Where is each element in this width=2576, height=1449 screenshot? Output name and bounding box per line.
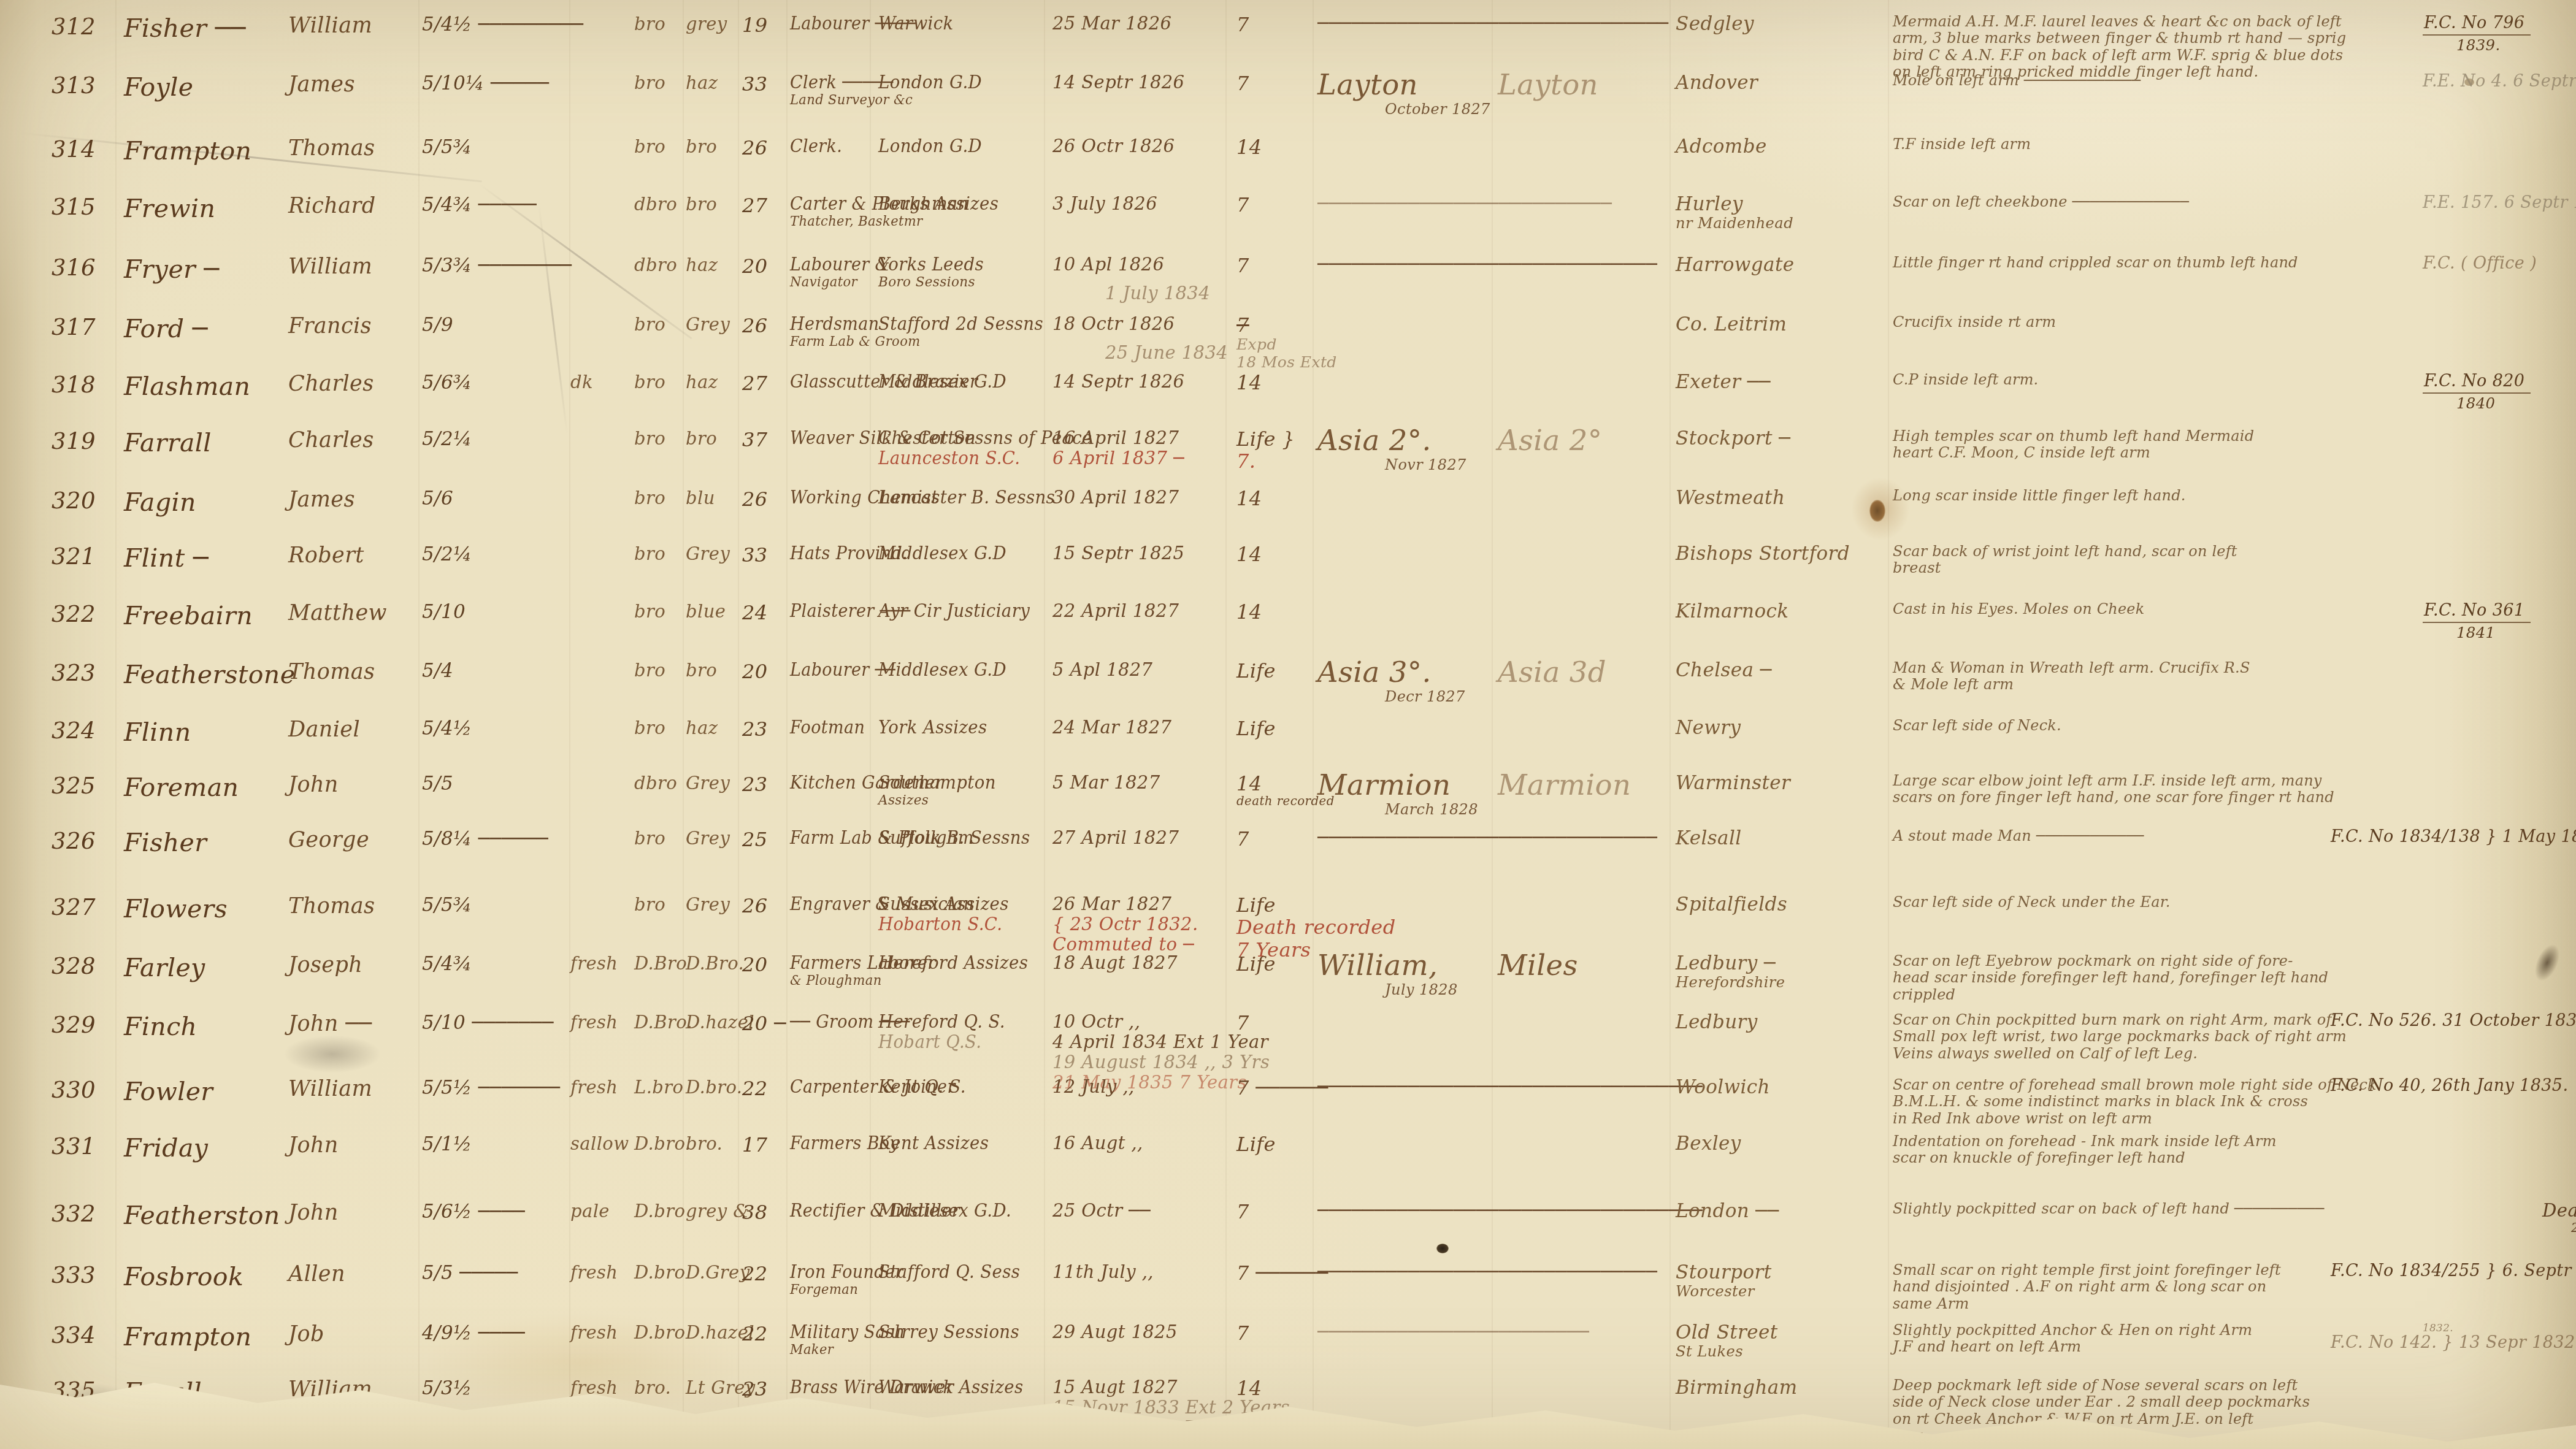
forename: John: [288, 1133, 339, 1158]
trade: Clerk.: [790, 136, 842, 156]
native-place: Kelsall: [1676, 828, 1742, 849]
sentence: Life: [1236, 660, 1276, 682]
hair-colour: dbro: [634, 254, 677, 275]
entry-number: 327: [52, 894, 96, 920]
age: 38: [742, 1201, 768, 1224]
entry-number: 313: [52, 72, 96, 99]
hair-colour: bro: [634, 314, 665, 335]
reference-annotation: F.C. No 526. 31 October 1837.: [2331, 1012, 2576, 1031]
where-convicted: London G.D: [878, 72, 982, 93]
age: 25: [742, 828, 768, 851]
reference-annotation: Dead,28th: [2331, 1201, 2576, 1235]
age: 23: [742, 717, 768, 741]
height: 5/5½ ───────: [422, 1077, 560, 1099]
eye-colour: D.Bro.: [686, 953, 744, 974]
complexion: fresh: [570, 1262, 618, 1283]
marks-remarks: T.F inside left arm: [1893, 136, 2031, 153]
eye-colour: bro: [686, 428, 717, 449]
paper-stain: [1869, 500, 1885, 522]
age: 26: [742, 136, 768, 159]
eye-colour: bro: [686, 660, 717, 681]
sentence: 14: [1236, 543, 1262, 565]
column-rule: [786, 0, 788, 1449]
ship-name: ──────────────────────────────: [1317, 828, 1657, 849]
age: 22: [742, 1262, 768, 1285]
sentence: 7: [1236, 1201, 1249, 1223]
entry-number: 334: [52, 1322, 96, 1348]
eye-colour: Grey: [686, 828, 730, 849]
surname: Foyle: [124, 72, 193, 102]
eye-colour: blue: [686, 601, 726, 622]
native-place: Bexley: [1676, 1133, 1741, 1155]
sentence: Life }7.: [1236, 428, 1295, 473]
complexion: dk: [570, 372, 593, 392]
surname: Foreman: [124, 773, 239, 802]
when-convicted: 18 Octr 182625 June 1834: [1052, 314, 1228, 363]
where-convicted: Middlesex G.D: [878, 372, 1006, 392]
entry-number: 312: [52, 13, 96, 40]
height: 5/10: [422, 601, 466, 623]
column-rule: [1888, 0, 1889, 1449]
column-rule: [1492, 0, 1493, 1449]
where-convicted: Suffolk B. Sessns: [878, 828, 1030, 848]
forename: Job: [288, 1322, 324, 1347]
hair-colour: bro: [634, 428, 665, 449]
native-place: Woolwich: [1676, 1077, 1770, 1098]
age: 33: [742, 543, 768, 567]
ship-name: LaytonOctober 1827: [1317, 72, 1490, 118]
where-convicted: Berks Assizes: [878, 194, 999, 214]
marks-remarks: Mole on left arm ─────────────: [1893, 72, 2141, 89]
height: 5/4½: [422, 717, 472, 740]
surname: Featherstone: [124, 660, 295, 689]
eye-colour: haz: [686, 254, 718, 275]
column-rule: [115, 0, 117, 1449]
native-place: Co. Leitrim: [1676, 314, 1787, 335]
surname: Frewin: [124, 194, 215, 223]
surname: Friday: [124, 1133, 208, 1163]
eye-colour: Grey: [686, 894, 730, 915]
sentence: Life: [1236, 1133, 1276, 1155]
height: 5/3¾ ────────: [422, 254, 572, 277]
marks-remarks: Long scar inside little finger left hand…: [1893, 487, 2186, 504]
paper-vignette: [0, 0, 2576, 1449]
age: 23: [742, 1377, 768, 1401]
when-convicted: 5 Apl 1827: [1052, 660, 1152, 680]
sentence: 7: [1236, 72, 1249, 94]
hair-colour: bro: [634, 136, 665, 157]
height: 5/4½ ─────────: [422, 13, 583, 36]
entry-number: 314: [52, 136, 96, 162]
native-place: Hurleynr Maidenhead: [1676, 194, 1793, 232]
where-convicted: Middlesex G.D: [878, 543, 1006, 564]
age: 24: [742, 601, 768, 624]
hair-colour: bro: [634, 828, 665, 849]
marks-remarks: Slightly pockpitted scar on back of left…: [1893, 1201, 2324, 1217]
where-convicted: Yorks LeedsBoro Sessions: [878, 254, 984, 291]
when-convicted: 25 Octr ──: [1052, 1201, 1151, 1221]
surname: Frampton: [124, 136, 251, 166]
surname: Flowers: [124, 894, 228, 923]
entry-number: 332: [52, 1201, 96, 1227]
age: 23: [742, 773, 768, 796]
age: 20: [742, 660, 768, 683]
ship-name: ───────────────────────────────: [1317, 13, 1668, 34]
age: 37: [742, 428, 768, 451]
marks-remarks: Mermaid A.H. M.F. laurel leaves & heart …: [1893, 13, 2346, 80]
forename: Allen: [288, 1262, 345, 1287]
where-convicted: Warwick Assizes: [878, 1377, 1023, 1397]
scanned-register-page: { "ink_colors": { "main_ink": "#6a482a",…: [0, 0, 2576, 1449]
native-place: Harrowgate: [1676, 254, 1794, 276]
marks-remarks: Scar on centre of forehead small brown m…: [1893, 1077, 2377, 1127]
native-place: Bishops Stortford: [1676, 543, 1850, 565]
hair-colour: D.bro: [634, 1322, 685, 1343]
forename: Charles: [288, 428, 374, 453]
forename: Daniel: [288, 717, 360, 742]
marks-remarks: C.P inside left arm.: [1893, 372, 2038, 388]
ship-name: ──────────────────────────────: [1317, 1262, 1657, 1283]
height: 5/6: [422, 487, 453, 510]
ship-name-repeat: Miles: [1498, 953, 1578, 982]
forename: John: [288, 773, 339, 797]
height: 5/6¾: [422, 372, 472, 394]
surname: Fowler: [124, 1077, 213, 1106]
entry-number: 325: [52, 773, 96, 799]
native-place: Spitalfields: [1676, 894, 1787, 916]
column-rule: [569, 0, 570, 1449]
complexion: fresh: [570, 1322, 618, 1343]
when-convicted: 11th July ,,: [1052, 1262, 1154, 1282]
where-convicted: Middlesex G.D: [878, 660, 1006, 680]
sentence: 14: [1236, 601, 1262, 623]
trade: Footman: [790, 717, 865, 738]
forename: William: [288, 254, 372, 279]
height: 5/4¾ ─────: [422, 194, 537, 216]
forename: Thomas: [288, 660, 375, 684]
reference-annotation: F.E. 157. 6 Septr 1833. Office 10 Nov: [2331, 194, 2576, 213]
hair-colour: bro: [634, 487, 665, 508]
when-convicted: 22 April 1827: [1052, 601, 1179, 621]
ship-name: Asia 2°.Novr 1827: [1317, 428, 1466, 473]
ship-name: ──────────────────────────────: [1317, 254, 1657, 275]
reference-annotation: F.C. No 8201840: [2331, 372, 2531, 411]
eye-colour: haz: [686, 372, 718, 392]
height: 5/9: [422, 314, 453, 336]
sentence: 7: [1236, 13, 1249, 36]
hair-colour: bro: [634, 894, 665, 915]
surname: Fisher: [124, 828, 207, 857]
native-place: Birmingham: [1676, 1377, 1797, 1399]
forename: James: [288, 72, 355, 97]
forename: Robert: [288, 543, 364, 568]
surname: Flint ─: [124, 543, 209, 573]
native-place: Westmeath: [1676, 487, 1785, 509]
surname: Farley: [124, 953, 205, 982]
surname: Fisher ──: [124, 13, 246, 43]
height: 5/2¼: [422, 543, 472, 565]
reference-annotation: 1832.F.C. No 142. } 13 Sepr 1832.: [2331, 1322, 2576, 1353]
reference-annotation: F.C. No 3611841: [2331, 601, 2531, 641]
age: 20: [742, 254, 768, 278]
height: 5/5¾: [422, 894, 472, 916]
marks-remarks: Indentation on forehead - Ink mark insid…: [1893, 1133, 2277, 1167]
surname: Fosbrook: [124, 1262, 243, 1291]
hair-colour: dbro: [634, 194, 677, 215]
entry-number: 323: [52, 660, 96, 686]
eye-colour: blu: [686, 487, 715, 508]
ship-name-repeat: Asia 3d: [1498, 660, 1606, 689]
entry-number: 316: [52, 254, 96, 281]
where-convicted: Stafford Q. Sess: [878, 1262, 1020, 1282]
where-convicted: Lancaster B. Sessns: [878, 487, 1055, 508]
when-convicted: 26 Octr 1826: [1052, 136, 1175, 156]
sentence: Life: [1236, 717, 1276, 740]
forename: Richard: [288, 194, 376, 218]
height: 5/1½: [422, 1133, 472, 1155]
forename: William: [288, 1077, 372, 1101]
sentence: Life: [1236, 953, 1276, 975]
entry-number: 322: [52, 601, 96, 627]
native-place: Stockport ─: [1676, 428, 1790, 449]
where-convicted: Kent Q. S.: [878, 1077, 966, 1097]
forename: James: [288, 487, 355, 512]
forename: Charles: [288, 372, 374, 396]
surname: Flashman: [124, 372, 250, 401]
height: 5/5¾: [422, 136, 472, 158]
ship-name: MarmionMarch 1828: [1317, 773, 1478, 818]
marks-remarks: Scar on left Eyebrow pockmark on right s…: [1893, 953, 2328, 1003]
reference-annotation: F.E. No 4. 6 Septr 1833.: [2331, 72, 2576, 91]
eye-colour: grey &: [686, 1201, 749, 1222]
eye-colour: grey: [686, 13, 727, 34]
reference-annotation: F.C. ( Office ): [2331, 254, 2537, 273]
forename: Thomas: [288, 136, 375, 161]
marks-remarks: Slightly pockpitted Anchor & Hen on righ…: [1893, 1322, 2252, 1356]
marks-remarks: A stout made Man ────────────: [1893, 828, 2144, 844]
hair-colour: D.Bro: [634, 953, 687, 974]
column-rule: [683, 0, 684, 1449]
height: 5/3½: [422, 1377, 472, 1399]
age: 20 ─: [742, 1012, 786, 1035]
entry-number: 330: [52, 1077, 96, 1103]
native-place: Kilmarnock: [1676, 601, 1788, 622]
hair-colour: bro: [634, 717, 665, 738]
surname: Fagin: [124, 487, 196, 517]
surname: Fryer ─: [124, 254, 220, 284]
where-convicted: Middlesex G.D.: [878, 1201, 1011, 1221]
age: 27: [742, 372, 768, 395]
marks-remarks: Scar back of wrist joint left hand, scar…: [1893, 543, 2237, 577]
forename: Joseph: [288, 953, 362, 977]
marks-remarks: Cast in his Eyes. Moles on Cheek: [1893, 601, 2145, 617]
sentence: 14: [1236, 487, 1262, 510]
when-convicted: 14 Septr 1826: [1052, 72, 1184, 93]
native-place: Exeter ──: [1676, 372, 1771, 393]
surname: Flinn: [124, 717, 191, 747]
hair-colour: bro: [634, 543, 665, 564]
eye-colour: bro.: [686, 1133, 723, 1154]
native-place: Andover: [1676, 72, 1758, 94]
sentence: 7 ──────: [1236, 1262, 1328, 1284]
hair-colour: D.bro: [634, 1201, 685, 1222]
entry-number: 317: [52, 314, 96, 340]
age: 33: [742, 72, 768, 96]
hair-colour: D.Bro.: [634, 1012, 692, 1033]
ship-name: William,July 1828: [1317, 953, 1458, 998]
marks-remarks: Little finger rt hand crippled scar on t…: [1893, 254, 2298, 271]
entry-number: 331: [52, 1133, 96, 1160]
surname: Featherston: [124, 1201, 280, 1230]
where-convicted: York Assizes: [878, 717, 987, 738]
entry-number: 328: [52, 953, 96, 979]
age: 22: [742, 1322, 768, 1345]
reference-annotation: F.C. No 1834/138 } 1 May 1834.: [2331, 828, 2576, 847]
native-place: Newry: [1676, 717, 1741, 739]
height: 5/2¼: [422, 428, 472, 450]
entry-number: 324: [52, 717, 96, 744]
where-convicted: Kent Assizes: [878, 1133, 989, 1153]
height: 4/9½ ────: [422, 1322, 525, 1344]
when-convicted: 27 April 1827: [1052, 828, 1179, 848]
age: 26: [742, 487, 768, 511]
eye-colour: bro: [686, 136, 717, 157]
sentence: 7: [1236, 828, 1249, 850]
native-place: StourportWorcester: [1676, 1262, 1772, 1301]
entry-number: 315: [52, 194, 96, 220]
where-convicted: Stafford 2d Sessns: [878, 314, 1043, 334]
complexion: sallow: [570, 1133, 629, 1154]
sentence: 7: [1236, 1012, 1249, 1034]
when-convicted: 12 July ,,: [1052, 1077, 1135, 1097]
where-convicted: Ayr Cir Justiciary: [878, 601, 1030, 621]
ship-name: ──────────────────────────: [1317, 194, 1612, 215]
when-convicted: 3 July 1826: [1052, 194, 1157, 214]
marks-remarks: Large scar elbow joint left arm I.F. ins…: [1893, 773, 2334, 806]
trade: Labourer &Navigator: [790, 254, 890, 291]
reference-annotation: F.C. No 40, 26th Jany 1835.Office: [2331, 1077, 2576, 1095]
height: 5/5 ─────: [422, 1262, 518, 1284]
marks-remarks: Scar left side of Neck under the Ear.: [1893, 894, 2171, 911]
column-rule: [1225, 0, 1227, 1449]
complexion: fresh: [570, 953, 618, 974]
when-convicted: 15 Septr 1825: [1052, 543, 1184, 564]
eye-colour: haz: [686, 717, 718, 738]
marks-remarks: Scar on left cheekbone ─────────────: [1893, 194, 2189, 210]
hair-colour: bro: [634, 13, 665, 34]
sentence: 14: [1236, 372, 1262, 394]
ship-name-repeat: Asia 2°: [1498, 428, 1602, 457]
marks-remarks: Scar left side of Neck.: [1893, 717, 2061, 734]
eye-colour: D.bro.: [686, 1077, 742, 1098]
age: 27: [742, 194, 768, 217]
age: 22: [742, 1077, 768, 1100]
surname: Ford ─: [124, 314, 208, 343]
marks-remarks: High temples scar on thumb left hand Mer…: [1893, 428, 2254, 462]
forename: Thomas: [288, 894, 375, 919]
hair-colour: L.bro: [634, 1077, 683, 1098]
entry-number: 318: [52, 372, 96, 398]
height: 5/8¼ ──────: [422, 828, 548, 850]
native-place: London ──: [1676, 1201, 1779, 1222]
sentence: 7: [1236, 194, 1249, 216]
sentence: 7Expd18 Mos Extd: [1236, 314, 1337, 371]
where-convicted: Surrey Sessions: [878, 1322, 1019, 1342]
native-place: Old StreetSt Lukes: [1676, 1322, 1778, 1361]
sentence: 7: [1236, 1322, 1249, 1344]
complexion: fresh: [570, 1012, 618, 1033]
ink-smudge: [283, 1035, 381, 1073]
when-convicted: 30 April 1827: [1052, 487, 1179, 508]
marks-remarks: Scar on Chin pockpitted burn mark on rig…: [1893, 1012, 2347, 1062]
hair-colour: bro.: [634, 1377, 671, 1398]
forename: John ──: [288, 1012, 372, 1036]
surname: Frampton: [124, 1322, 251, 1352]
height: 5/10 ───────: [422, 1012, 554, 1034]
eye-colour: Grey: [686, 543, 730, 564]
ink-spot: [1436, 1244, 1449, 1253]
hair-colour: bro: [634, 660, 665, 681]
height: 5/6½ ────: [422, 1201, 525, 1223]
surname: Finch: [124, 1012, 197, 1041]
where-convicted: London G.D: [878, 136, 982, 156]
age: 20: [742, 953, 768, 976]
ink-mark: [2529, 941, 2564, 985]
entry-number: 333: [52, 1262, 96, 1288]
reference-annotation: F.C. No 1834/255 } 6. Septr 1834.: [2331, 1262, 2576, 1281]
where-convicted: Warwick: [878, 13, 954, 34]
eye-colour: haz: [686, 72, 718, 93]
surname: Farrall: [124, 428, 212, 457]
entry-number: 326: [52, 828, 96, 854]
column-rule: [418, 0, 420, 1449]
age: 26: [742, 894, 768, 917]
entry-number: 329: [52, 1012, 96, 1038]
hair-colour: D.bro: [634, 1262, 685, 1283]
sentence: 14: [1236, 1377, 1262, 1399]
height: 5/4: [422, 660, 453, 682]
marks-remarks: Crucifix inside rt arm: [1893, 314, 2056, 331]
sentence: 7: [1236, 254, 1249, 277]
ship-name: ──────────────────────────────────: [1317, 1201, 1703, 1222]
forename: Francis: [288, 314, 372, 338]
marks-remarks: Man & Woman in Wreath left arm. Crucifix…: [1893, 660, 2250, 694]
native-place: Ledbury ─Herefordshire: [1676, 953, 1785, 992]
entry-number: 321: [52, 543, 96, 570]
when-convicted: 29 Augt 1825: [1052, 1322, 1178, 1342]
when-convicted: 5 Mar 1827: [1052, 773, 1160, 793]
eye-colour: Grey: [686, 773, 730, 793]
native-place: Chelsea ─: [1676, 660, 1772, 681]
surname: Freebairn: [124, 601, 253, 630]
complexion: fresh: [570, 1077, 618, 1098]
hair-colour: dbro: [634, 773, 677, 793]
when-convicted: 16 April 18276 April 1837 ─: [1052, 428, 1184, 468]
native-place: Warminster: [1676, 773, 1790, 794]
eye-colour: Grey: [686, 314, 730, 335]
complexion: pale: [570, 1201, 610, 1222]
where-convicted: Hereford Assizes: [878, 953, 1028, 973]
ship-name: Asia 3°.Decr 1827: [1317, 660, 1465, 705]
sentence: 7 ──────: [1236, 1077, 1328, 1099]
column-rule: [1044, 0, 1045, 1449]
entry-number: 319: [52, 428, 96, 454]
native-place: Sedgley: [1676, 13, 1754, 35]
hair-colour: bro: [634, 372, 665, 392]
entry-number: 320: [52, 487, 96, 514]
where-convicted: Hereford Q. S. Hobart Q.S.: [878, 1012, 1005, 1052]
when-convicted: 24 Mar 1827: [1052, 717, 1171, 738]
